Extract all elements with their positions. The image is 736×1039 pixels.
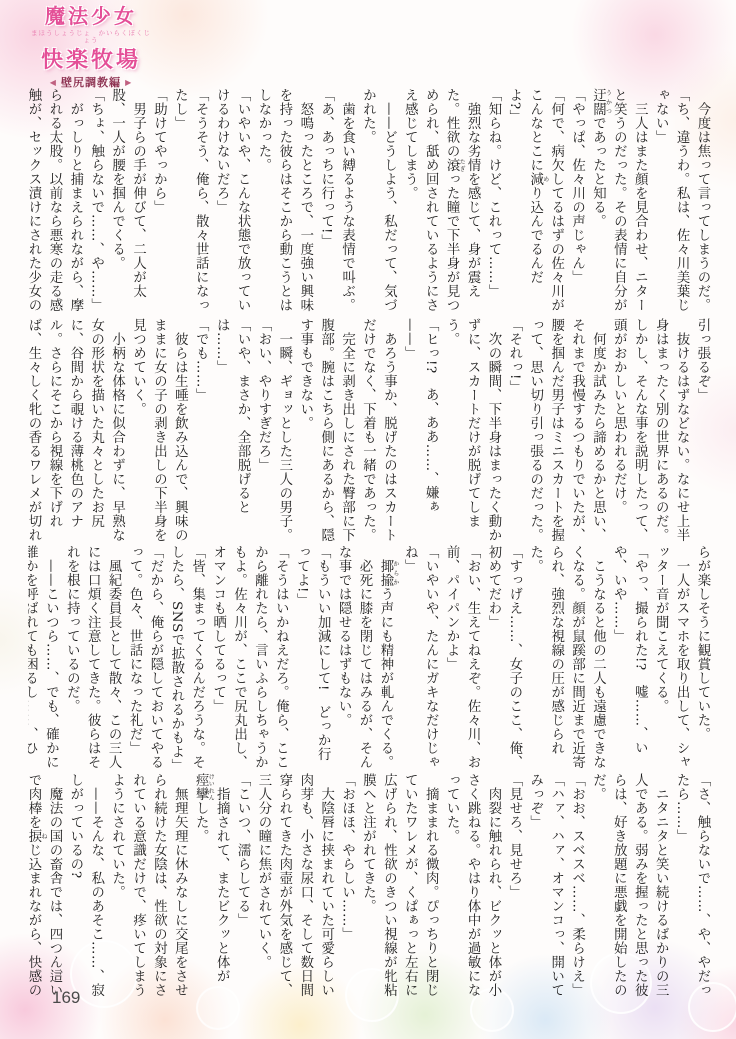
paragraph: 今度は焦って言ってしまうのだ。 <box>691 88 712 312</box>
paragraph: 「ヒっ!? あ、ああ……、嫌ぁ——」 <box>398 318 440 542</box>
paragraph: 三人はまた顔を見合わせ、ニターと笑うのだった。その表情に自分が迂闊うかつであった… <box>587 88 650 312</box>
paragraph: 「すっげえ……、女子のここ、俺、初めてだわ」 <box>482 545 524 771</box>
paragraph: 「そうはいかねえだろ。俺ら、ここから離れたら、言いふらしちゃうかもよ。佐々川が、… <box>207 545 291 771</box>
paragraph: 「知らね。けど、これって……」 <box>482 88 503 312</box>
paragraph: 一瞬、ギョッとした三人の男子。 <box>273 318 294 542</box>
logo-reading: まほうしょうじょ かいらくぼくじょう <box>28 30 154 45</box>
paragraph: 「何で、病欠してるはずの佐々川がこんなとこに減めり込んでるんだよ?」 <box>503 88 566 312</box>
paragraph: あろう事か、脱げたのはスカートだけでなく、下着も一緒であった。 <box>357 318 399 542</box>
paragraph: 「ちょ、触らないで……、や……」 <box>85 88 106 312</box>
paragraph: 「ち、違うわ。私は、佐々川美葉じゃない」 <box>649 88 691 312</box>
paragraph: 「だから、俺らが隠しておいてやるって。色々、世話になった礼だ」 <box>123 545 165 771</box>
logo-title-bottom: 快楽牧場 <box>28 47 154 72</box>
paragraph: 風紀委員長として散々、この三人には口煩く注意してきた。彼らはそれを根に持っている… <box>60 545 123 771</box>
paragraph: 「ハァ、ハァ、オマンコっ、開いてみっぞ」 <box>524 773 566 1009</box>
paragraph: 摘ままれる微肉。ぴっちりと閉じていたワレメが、くぱぁっと左右に広げられ、性欲のき… <box>357 773 441 1009</box>
paragraph: 「おい、やりすぎだろ」 <box>252 318 273 542</box>
paragraph: がっしりと捕まえられながら、摩られる太股。以前なら悪寒の走る感触が、セックス漬け… <box>28 88 85 312</box>
paragraph: らが楽しそうに観賞していた。 <box>691 545 712 771</box>
paragraph: 「もういい加減にして! どっか行ってよ!」 <box>290 545 332 771</box>
edition-arrow-left-icon: ◀ <box>50 78 57 87</box>
paragraph: 引っ張るぞ」 <box>691 318 712 542</box>
paragraph: 男子らの手が伸びて、二人が太股、一人が腰を掴んでくる。 <box>106 88 148 312</box>
paragraph: 強烈な劣情を感じて、身が震えた。性欲の滾たぎった瞳で下半身が見つめられ、舐め回さ… <box>398 88 482 312</box>
paragraph: 「皆、集まってくるんだろうな。そしたら、SNSで拡散されるかもよ」 <box>165 545 207 771</box>
paragraph: 何度か試みたら諦めるかと思い、それまで我慢するつもりでいたが、腰を掴んだ男子はミ… <box>524 318 608 542</box>
paragraph: 彼らは生唾を飲み込んで、興味のままに女の子の剥き出しの下半身を見つめていく。 <box>127 318 190 542</box>
novel-text-area: 今度は焦って言ってしまうのだ。「ち、違うわ。私は、佐々川美葉じゃない」 三人はま… <box>28 88 712 1009</box>
page-number: 169 <box>52 988 80 1008</box>
paragraph: 必死に膝を閉じてはみるが、そんな事では隠せるはずもない。 <box>332 545 374 771</box>
paragraph: 「こいつ、濡らしてる」 <box>231 773 252 1009</box>
paragraph: ——どうしよう、私だって、気づかれた。 <box>357 88 399 312</box>
paragraph: 「おい、生えてねえぞ。佐々川、お前、パイパンかよ」 <box>440 545 482 771</box>
edition-arrow-right-icon: ▶ <box>125 78 132 87</box>
paragraph: 指摘されて、またビクッと体が痙攣けいれんした。 <box>189 773 231 1009</box>
paragraph: こうなると他の二人も遠慮できなくなる。顔が鼠蹊部に間近まで近寄られ、強烈な視線の… <box>524 545 608 771</box>
paragraph: 「いや、まさか、全部脱げるとは……」 <box>210 318 252 542</box>
paragraph: 「やっぱ、佐々川の声じゃん」 <box>566 88 587 312</box>
text-band-4: 「さ、触らないで……、や、やだったら……」 ニタニタと笑い続けるばかりの三人であ… <box>28 773 712 1009</box>
paragraph: 「やっ、撮られた!? 嘘……、いや、いや……」 <box>607 545 649 771</box>
paragraph: 小柄な体格に似合わずに、早熟な女の形状を描いた丸々としたお尻に、谷間から覗ける薄… <box>28 318 127 542</box>
paragraph: 完全に剥き出しにされた臀部に下腹部。腕はこちら側にあるから、隠す事もできない。 <box>294 318 357 542</box>
paragraph: 次の瞬間、下半身はまったく動かずに、スカートだけが脱げてしまう。 <box>440 318 503 542</box>
paragraph: 「あ、あっちに行って!」 <box>315 88 336 312</box>
paragraph: ニタニタと笑い続けるばかりの三人である。弱みを握ったと思った彼らは、好き放題に悪… <box>587 773 671 1009</box>
logo-title-top: 魔法少女 <box>28 6 154 29</box>
paragraph: 「いやいや、たんにガキなだけじゃね」 <box>398 545 440 771</box>
paragraph: 大陰唇に挟まれていた可愛らしい肉芽も、小さな尿口、そして数日間穿られてきた肉壺が… <box>252 773 336 1009</box>
paragraph: 「いやいや、こんな状態で放っていけるわけないだろ」 <box>210 88 252 312</box>
paragraph: 「見せろ、見せろ」 <box>503 773 524 1009</box>
paragraph: 怒鳴ったところで、一度強い興味を持った彼らはそこから動こうとはしなかった。 <box>252 88 315 312</box>
paragraph: 一人がスマホを取り出して、シャッター音が聞こえてくる。 <box>649 545 691 771</box>
paragraph: 無理矢理に休みなしに交尾をさせられ続けた女陰は、性欲の対象にされている意識だけで… <box>106 773 190 1009</box>
text-band-2: 引っ張るぞ」 抜けるはずなどない。なにせ上半身はまったく別の世界にあるのだ。しか… <box>28 318 712 542</box>
paragraph: 「おほほ、やらしい……」 <box>336 773 357 1009</box>
book-page: 魔法少女 まほうしょうじょ かいらくぼくじょう 快楽牧場 ◀ 壁尻調教編 ▶ 今… <box>0 0 736 1039</box>
paragraph: ——そんな、私のあそこ……、寂しがっているの? <box>64 773 106 1009</box>
paragraph: 歯を食い縛るような表情で叫ぶ。 <box>336 88 357 312</box>
paragraph: 魔法の国の畜舎では、四つん這いで肉棒を捩ねじ込まれながら、快感の喘あえぎを発し続… <box>28 773 64 1009</box>
series-logo: 魔法少女 まほうしょうじょ かいらくぼくじょう 快楽牧場 ◀ 壁尻調教編 ▶ <box>28 6 154 90</box>
paragraph: 肉裂に触れられ、ビクッと体が小さく跳ねる。やはり体中が過敏になっていた。 <box>440 773 503 1009</box>
paragraph: 「それっ!」 <box>503 318 524 542</box>
text-band-1: 今度は焦って言ってしまうのだ。「ち、違うわ。私は、佐々川美葉じゃない」 三人はま… <box>28 88 712 312</box>
paragraph: 「でも……」 <box>189 318 210 542</box>
paragraph: 抜けるはずなどない。なにせ上半身はまったく別の世界にあるのだ。しかし、そんな事を… <box>607 318 691 542</box>
paragraph: 「そうそう、俺ら、散々世話になったし」 <box>168 88 210 312</box>
paragraph: 「おお、スベスベ……、柔らけえ」 <box>566 773 587 1009</box>
paragraph: 「さ、触らないで……、や、やだったら……」 <box>670 773 712 1009</box>
paragraph: ——こいつら……、でも、確かに誰かを呼ばれても困るし……、ひゃ!? <box>28 545 60 771</box>
paragraph: 「助けてやっから」 <box>148 88 169 312</box>
paragraph: 揶揄からかう声にも精神が軋んでくる。 <box>374 545 398 771</box>
text-band-3: らが楽しそうに観賞していた。 一人がスマホを取り出して、シャッター音が聞こえてく… <box>28 545 712 771</box>
